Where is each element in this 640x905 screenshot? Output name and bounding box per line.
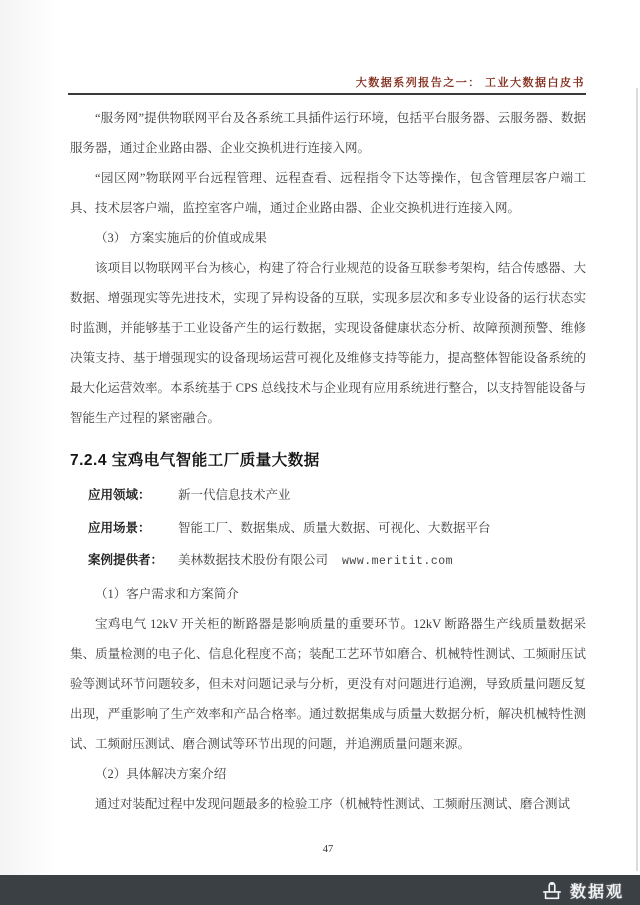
header-rule	[68, 93, 586, 95]
page-content: “服务网”提供物联网平台及各系统工具插件运行环境，包括平台服务器、云服务器、数据…	[70, 103, 586, 819]
field-application-scenario: 应用场景： 智能工厂、数据集成、质量大数据、可视化、大数据平台	[88, 512, 586, 545]
field-case-provider: 案例提供者： 美林数据技术股份有限公司 www.meritit.com	[88, 544, 586, 579]
field-value: 新一代信息技术产业	[178, 479, 291, 512]
paragraph-solution: 通过对装配过程中发现问题最多的检验工序（机械特性测试、工频耐压测试、磨合测试	[70, 789, 586, 819]
field-value: 智能工厂、数据集成、质量大数据、可视化、大数据平台	[178, 512, 491, 545]
list-item-1-customer-needs: （1）客户需求和方案简介	[70, 579, 586, 609]
paragraph-customer-requirement: 宝鸡电气 12kV 开关柜的断路器是影响质量的重要环节。12kV 断路器生产线质…	[70, 609, 586, 759]
section-heading-7-2-4: 7.2.4 宝鸡电气智能工厂质量大数据	[70, 446, 586, 476]
dataview-logo-text: 数据观	[570, 879, 624, 902]
field-label: 案例提供者：	[88, 544, 178, 577]
dataview-logo-icon	[541, 880, 563, 902]
field-application-domain: 应用领域： 新一代信息技术产业	[88, 479, 586, 512]
paragraph-campus-network: “园区网”物联网平台远程管理、远程查看、远程指令下达等操作，包含管理层客户端工具…	[70, 163, 586, 223]
list-item-2-solution-intro: （2）具体解决方案介绍	[70, 759, 586, 789]
field-label: 应用领域：	[88, 479, 178, 512]
provider-website-url: www.meritit.com	[342, 546, 453, 579]
field-label: 应用场景：	[88, 512, 178, 545]
paragraph-value-results: 该项目以物联网平台为核心，构建了符合行业规范的设备互联参考架构，结合传感器、大数…	[70, 253, 586, 433]
list-item-3-value-results: （3） 方案实施后的价值或成果	[70, 223, 586, 253]
paragraph-service-network: “服务网”提供物联网平台及各系统工具插件运行环境，包括平台服务器、云服务器、数据…	[70, 103, 586, 163]
document-page: 大数据系列报告之一： 工业大数据白皮书 “服务网”提供物联网平台及各系统工具插件…	[0, 0, 640, 905]
field-value: 美林数据技术股份有限公司	[178, 544, 328, 577]
dataview-watermark-logo: 数据观	[541, 879, 624, 902]
page-number: 47	[70, 844, 586, 855]
running-header: 大数据系列报告之一： 工业大数据白皮书	[68, 74, 585, 90]
